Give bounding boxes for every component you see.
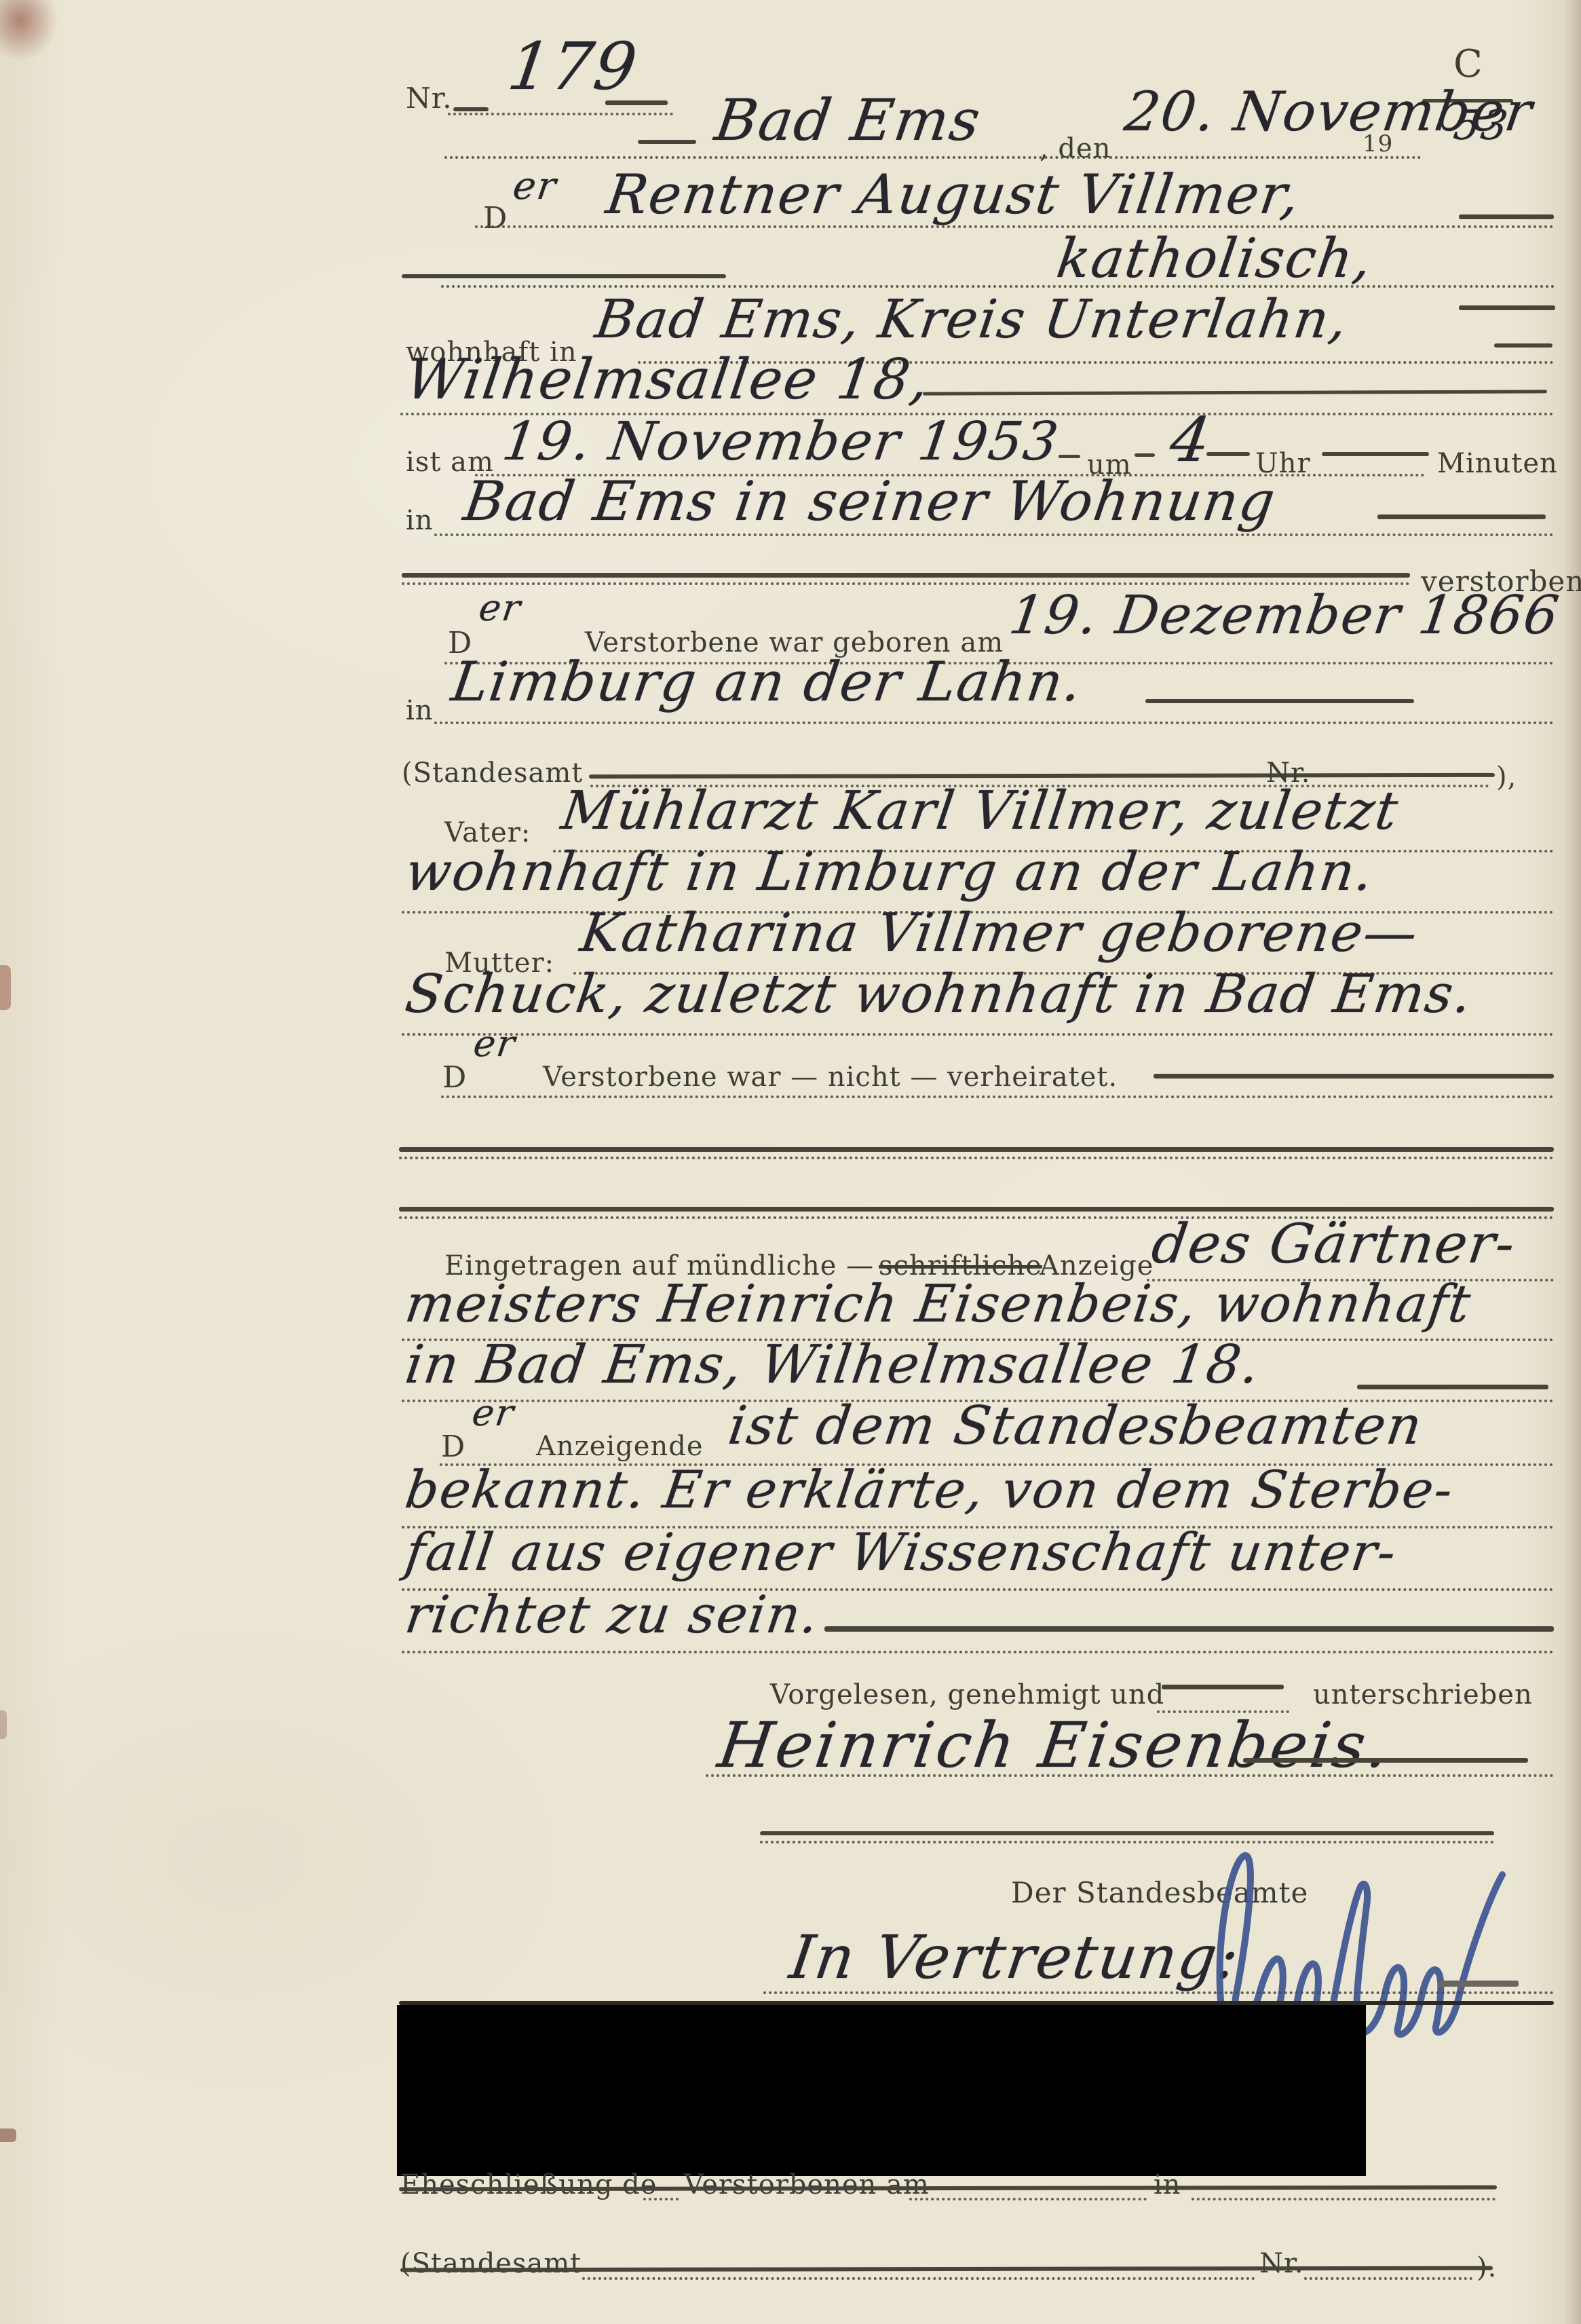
pen-line [402, 274, 726, 278]
standesamt-label-2: (Standesamt [400, 2248, 582, 2279]
residence-entry: Bad Ems, Kreis Unterlahn, [592, 289, 1352, 350]
dotted-rule-date [444, 156, 1422, 159]
pen-dash [1459, 305, 1555, 310]
pen-line [923, 390, 1547, 395]
dotted-rule-standesamt2-nr [1304, 2277, 1472, 2280]
blank-rule-2 [399, 1207, 1554, 1212]
standesamt-label: (Standesamt [402, 757, 583, 789]
dotted-rule-ehe-2 [1192, 2198, 1496, 2200]
minuten-label: Minuten [1437, 448, 1558, 479]
den-label: , den [1040, 133, 1111, 164]
blank-rule-1 [399, 1147, 1554, 1152]
vorgelesen-label: Vorgelesen, genehmigt und [770, 1679, 1164, 1710]
d-suffix-name: er [510, 164, 560, 208]
dotted-rule-verheiratet [441, 1095, 1554, 1098]
notice-entry-line1: des Gärtner- [1148, 1212, 1520, 1275]
death-place-entry: Bad Ems in seiner Wohnung [460, 470, 1280, 533]
verheiratet-label: Verstorbene war — nicht — verheiratet. [543, 1062, 1118, 1093]
pen-dash [1145, 699, 1414, 703]
dotted-rule-birth-place [434, 721, 1554, 724]
pen-line [824, 1626, 1554, 1632]
nr-label: Nr. [406, 81, 453, 115]
record-number-entry: 179 [503, 29, 643, 105]
birth-date-entry: 19. Dezember 1866 [1006, 585, 1563, 646]
year-prefix-label: 19 [1363, 130, 1393, 157]
date-issued-entry: 20. November [1121, 80, 1537, 143]
notice-entry-line2: meisters Heinrich Eisenbeis, wohnhaft [402, 1273, 1475, 1334]
pen-line [589, 773, 1495, 779]
in-vertretung-entry: In Vertretung: [786, 1922, 1244, 1992]
scan-mark-left-edge-3 [0, 2129, 16, 2142]
religion-entry: katholisch, [1053, 227, 1377, 290]
in-label-ehe: in [1154, 2169, 1181, 2200]
place-issued-entry: Bad Ems [711, 87, 985, 153]
verstorbenen-am-label: Verstorbenen am [684, 2169, 930, 2200]
pen-dash [1357, 1385, 1548, 1389]
pen-dash [605, 100, 668, 105]
declarant-entry-line2: bekannt. Er erklärte, von dem Sterbe- [402, 1459, 1458, 1520]
witness-signature: Heinrich Eisenbeis. [714, 1709, 1396, 1782]
pen-dash [638, 140, 696, 144]
death-record-page: Nr. 179 C 53 Bad Ems , den 20. November … [0, 0, 1581, 2324]
blank-rule-3-dots [760, 1841, 1494, 1843]
anzeigende-label: Anzeigende [536, 1431, 704, 1462]
d-suffix-geboren: er [476, 586, 525, 629]
scan-smudge-top-left [0, 0, 58, 61]
street-entry: Wilhelmsallee 18, [402, 348, 934, 412]
name-entry: Rentner August Villmer, [603, 163, 1305, 226]
pen-line [402, 573, 1410, 578]
pen-dash [1206, 452, 1250, 456]
dotted-rule-standesamt2 [582, 2277, 1255, 2280]
notice-entry-line3: in Bad Ems, Wilhelmsallee 18. [402, 1334, 1264, 1395]
d-suffix-verheiratet: er [471, 1022, 519, 1065]
dotted-gap-de [643, 2198, 679, 2200]
dotted-rule-name [475, 225, 1554, 228]
dotted-rule-death-place [434, 533, 1554, 536]
pen-dash [1154, 1074, 1554, 1079]
declarant-entry-line3: fall aus eigener Wissenschaft unter- [402, 1522, 1401, 1582]
pen-dash [1135, 453, 1155, 457]
father-entry-line2: wohnhaft in Limburg an der Lahn. [402, 842, 1378, 903]
pen-dash-gray [1439, 1981, 1519, 1987]
pen-dash [1377, 514, 1546, 519]
blank-rule-3 [760, 1831, 1494, 1835]
dotted-rule-signature [706, 1774, 1554, 1777]
nr-short-label-2: Nr. [1259, 2248, 1303, 2279]
father-entry-line1: Mühlarzt Karl Villmer, zuletzt [558, 781, 1403, 842]
pen-dash [1459, 214, 1554, 219]
d-suffix-anzeigende: er [470, 1391, 518, 1434]
dotted-rule-nr [448, 113, 673, 115]
dotted-rule-mutter2 [402, 1033, 1554, 1036]
declarant-entry-line1: ist dem Standesbeamten [725, 1395, 1427, 1457]
pen-dash [1059, 455, 1080, 458]
dotted-rule-vertretung [763, 1991, 1554, 1994]
pen-dash [1494, 343, 1553, 348]
death-date-entry: 19. November 1953 [499, 411, 1063, 472]
dotted-rule-ehe-1 [909, 2198, 1147, 2200]
in-label-death-place: in [406, 505, 434, 536]
scan-mark-left-edge-1 [0, 965, 11, 1010]
pen-dash [1162, 1685, 1284, 1689]
scan-mark-left-edge-2 [0, 1710, 7, 1739]
birth-place-entry: Limburg an der Lahn. [448, 650, 1086, 713]
declarant-entry-line4: richtet zu sein. [402, 1584, 823, 1645]
pen-dash [1322, 452, 1429, 456]
pen-dash [453, 107, 489, 111]
mother-entry-line2: Schuck, zuletzt wohnhaft in Bad Ems. [402, 964, 1477, 1025]
in-label-birth-place: in [406, 695, 434, 726]
paren-comma: ), [1496, 762, 1517, 793]
mother-entry-line1: Katharina Villmer geborene— [577, 903, 1422, 964]
redaction-box [397, 2005, 1366, 2176]
blank-rule-1-dots [399, 1157, 1554, 1159]
eheschliessung-label: Eheschließung de [400, 2169, 657, 2200]
pen-dash [1243, 1758, 1528, 1763]
dotted-rule-religion [441, 285, 1555, 288]
d-label-name: D [483, 201, 508, 236]
unterschrieben-label: unterschrieben [1313, 1679, 1533, 1710]
d-label-verheiratet: D [442, 1060, 467, 1095]
dotted-rule-declarant4 [402, 1651, 1554, 1653]
